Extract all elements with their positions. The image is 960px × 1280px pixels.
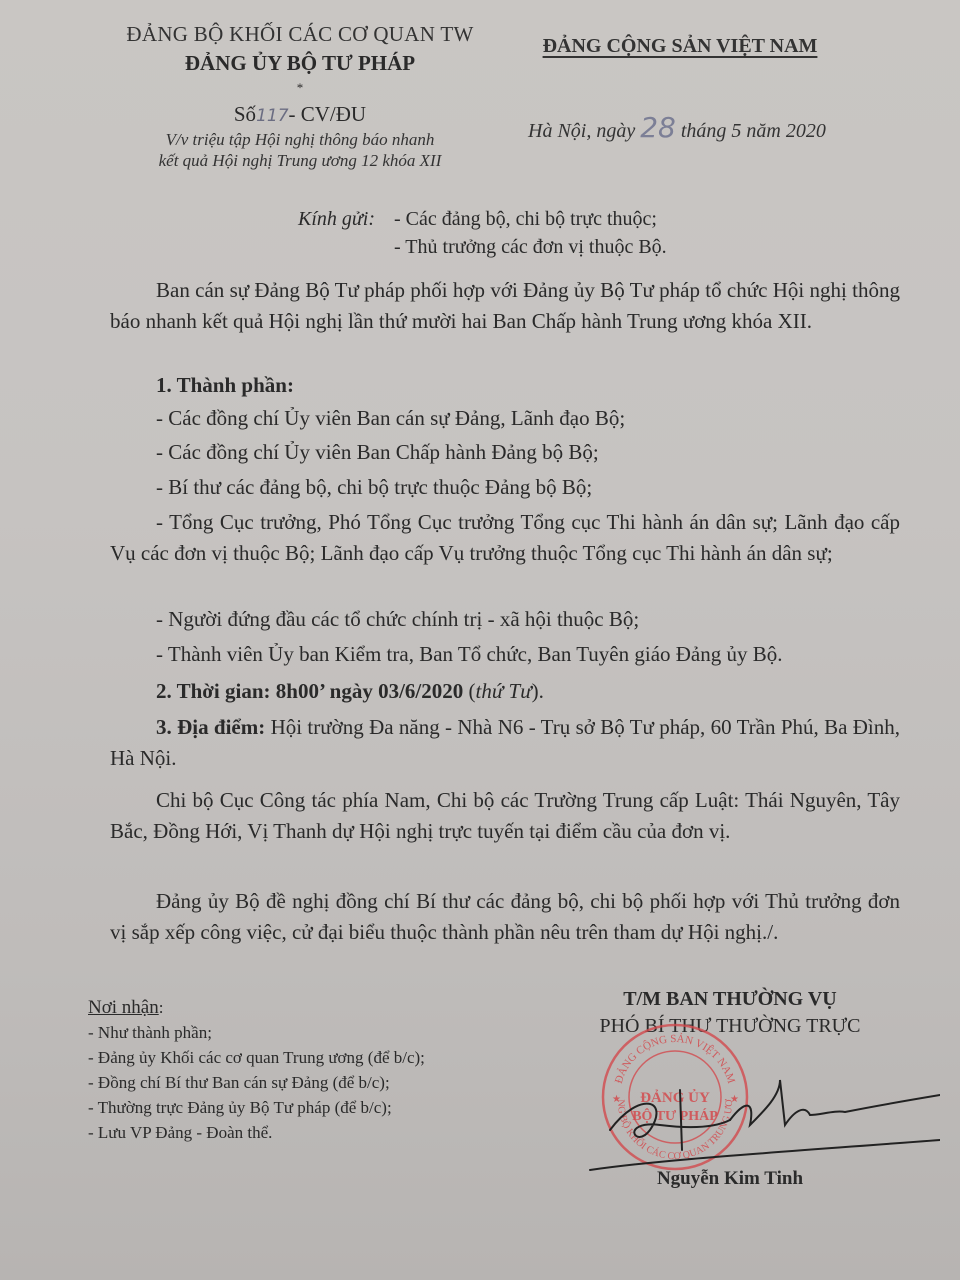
issuer-header: ĐẢNG BỘ KHỐI CÁC CƠ QUAN TW ĐẢNG ỦY BỘ T…	[100, 22, 500, 171]
attendee-item: - Các đồng chí Ủy viên Ban Chấp hành Đản…	[110, 437, 900, 468]
intro-paragraph: Ban cán sự Đảng Bộ Tư pháp phối hợp với …	[110, 275, 900, 337]
issue-date: Hà Nội, ngày 28 tháng 5 năm 2020	[528, 111, 826, 144]
handwritten-day: 28	[640, 111, 676, 144]
subject-line: kết quả Hội nghị Trung ương 12 khóa XII	[100, 150, 500, 171]
online-paragraph: Chi bộ Cục Công tác phía Nam, Chi bộ các…	[110, 785, 900, 847]
cc-item: - Đồng chí Bí thư Ban cán sự Đảng (để b/…	[88, 1070, 425, 1095]
addressees: Kính gửi:- Các đảng bộ, chi bộ trực thuộ…	[298, 205, 667, 261]
cc-item: - Đảng ủy Khối các cơ quan Trung ương (đ…	[88, 1045, 425, 1070]
addressee-item: - Thủ trưởng các đơn vị thuộc Bộ.	[298, 233, 667, 261]
parent-organization: ĐẢNG BỘ KHỐI CÁC CƠ QUAN TW	[100, 22, 500, 47]
time-text: 2. Thời gian: 8h00’ ngày 03/6/2020	[156, 679, 463, 703]
subject-line: V/v triệu tập Hội nghị thông báo nhanh	[100, 129, 500, 150]
attendee-item: - Người đứng đầu các tổ chức chính trị -…	[110, 604, 900, 635]
cc-item: - Như thành phần;	[88, 1020, 425, 1045]
number-suffix: - CV/ĐU	[289, 102, 367, 126]
addressee-item: - Các đảng bộ, chi bộ trực thuộc;	[394, 208, 657, 230]
section-3-venue: 3. Địa điểm: Hội trường Đa năng - Nhà N6…	[110, 712, 900, 774]
document-number: Số117- CV/ĐU	[100, 102, 500, 127]
number-prefix: Số	[234, 102, 256, 126]
party-name: ĐẢNG CỘNG SẢN VIỆT NAM	[530, 35, 830, 58]
attendee-item: - Bí thư các đảng bộ, chi bộ trực thuộc …	[110, 472, 900, 503]
request-paragraph: Đảng ủy Bộ đề nghị đồng chí Bí thư các đ…	[110, 886, 900, 948]
document-subject: V/v triệu tập Hội nghị thông báo nhanh k…	[100, 129, 500, 171]
section-1-title: 1. Thành phần:	[110, 370, 900, 401]
attendee-item: - Thành viên Ủy ban Kiểm tra, Ban Tổ chứ…	[110, 639, 900, 670]
cc-title: Nơi nhận	[88, 997, 159, 1018]
cc-recipients: Nơi nhận: - Như thành phần; - Đảng ủy Kh…	[88, 995, 425, 1145]
handwritten-number: 117	[256, 106, 288, 126]
handwritten-signature-icon	[580, 1070, 940, 1180]
attendee-item: - Các đồng chí Ủy viên Ban cán sự Đảng, …	[110, 403, 900, 434]
issuing-unit: ĐẢNG ỦY BỘ TƯ PHÁP	[100, 51, 500, 76]
venue-label: 3. Địa điểm:	[156, 715, 265, 739]
date-suffix: tháng 5 năm 2020	[681, 120, 826, 142]
attendee-item: - Tổng Cục trưởng, Phó Tổng Cục trưởng T…	[110, 507, 900, 569]
star-separator: *	[100, 80, 500, 96]
section-2-time: 2. Thời gian: 8h00’ ngày 03/6/2020 (thứ …	[110, 676, 900, 707]
addressees-label: Kính gửi:	[298, 205, 394, 233]
weekday: thứ Tư	[476, 679, 532, 703]
on-behalf-of: T/M BAN THƯỜNG VỤ	[560, 988, 900, 1011]
cc-item: - Lưu VP Đảng - Đoàn thể.	[88, 1120, 425, 1145]
cc-item: - Thường trực Đảng ủy Bộ Tư pháp (để b/c…	[88, 1095, 425, 1120]
date-prefix: Hà Nội, ngày	[528, 120, 635, 142]
party-header: ĐẢNG CỘNG SẢN VIỆT NAM	[530, 35, 830, 58]
